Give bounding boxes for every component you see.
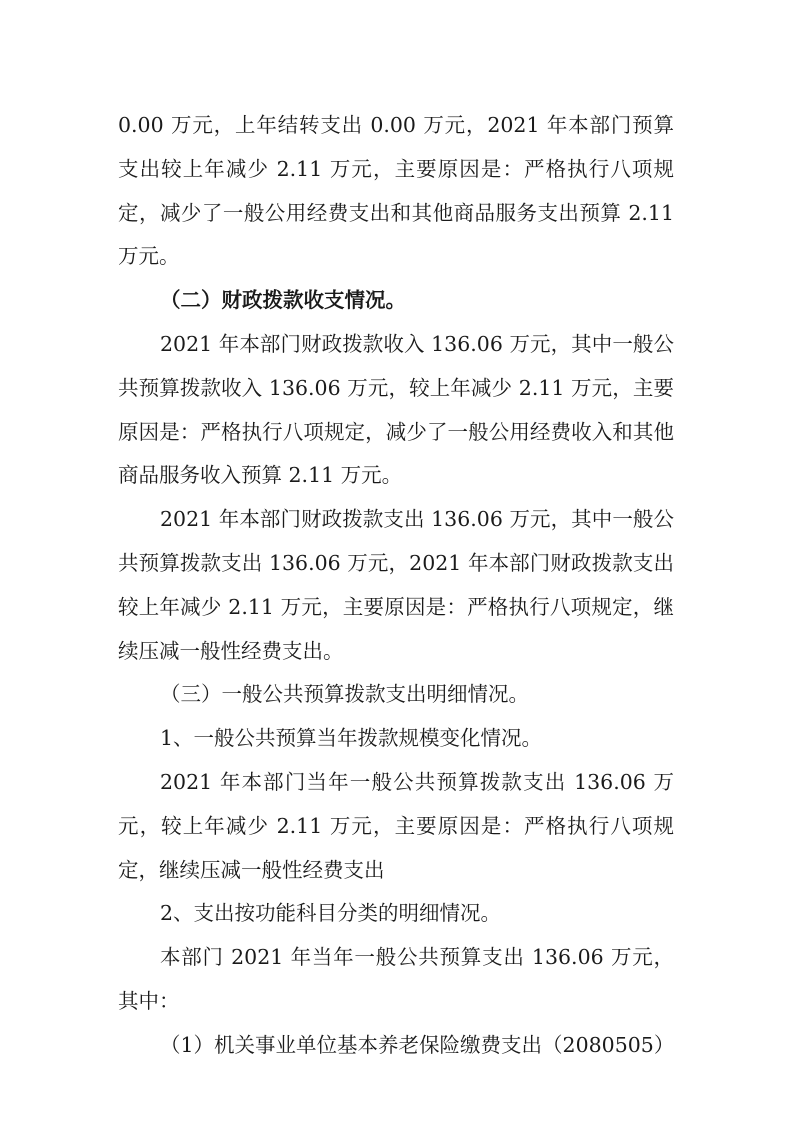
paragraph-appropriation-income: 2021 年本部门财政拨款收入 136.06 万元，其中一般公共预算拨款收入 1…	[118, 323, 674, 498]
heading-functional-classification: 2、支出按功能科目分类的明细情况。	[118, 892, 674, 936]
paragraph-scale-change: 2021 年本部门当年一般公共预算拨款支出 136.06 万元，较上年减少 2.…	[118, 761, 674, 892]
heading-fiscal-appropriation: （二）财政拨款收支情况。	[118, 279, 674, 323]
heading-general-budget-detail: （三）一般公共预算拨款支出明细情况。	[118, 673, 674, 717]
heading-scale-change: 1、一般公共预算当年拨款规模变化情况。	[118, 717, 674, 761]
document-page: 0.00 万元，上年结转支出 0.00 万元，2021 年本部门预算支出较上年减…	[118, 104, 674, 1068]
paragraph-functional-total: 本部门 2021 年当年一般公共预算支出 136.06 万元，其中：	[118, 936, 674, 1024]
paragraph-budget-expense-continuation: 0.00 万元，上年结转支出 0.00 万元，2021 年本部门预算支出较上年减…	[118, 104, 674, 279]
list-item-pension-contribution: （1）机关事业单位基本养老保险缴费支出（2080505）	[118, 1024, 674, 1068]
paragraph-appropriation-expense: 2021 年本部门财政拨款支出 136.06 万元，其中一般公共预算拨款支出 1…	[118, 498, 674, 673]
